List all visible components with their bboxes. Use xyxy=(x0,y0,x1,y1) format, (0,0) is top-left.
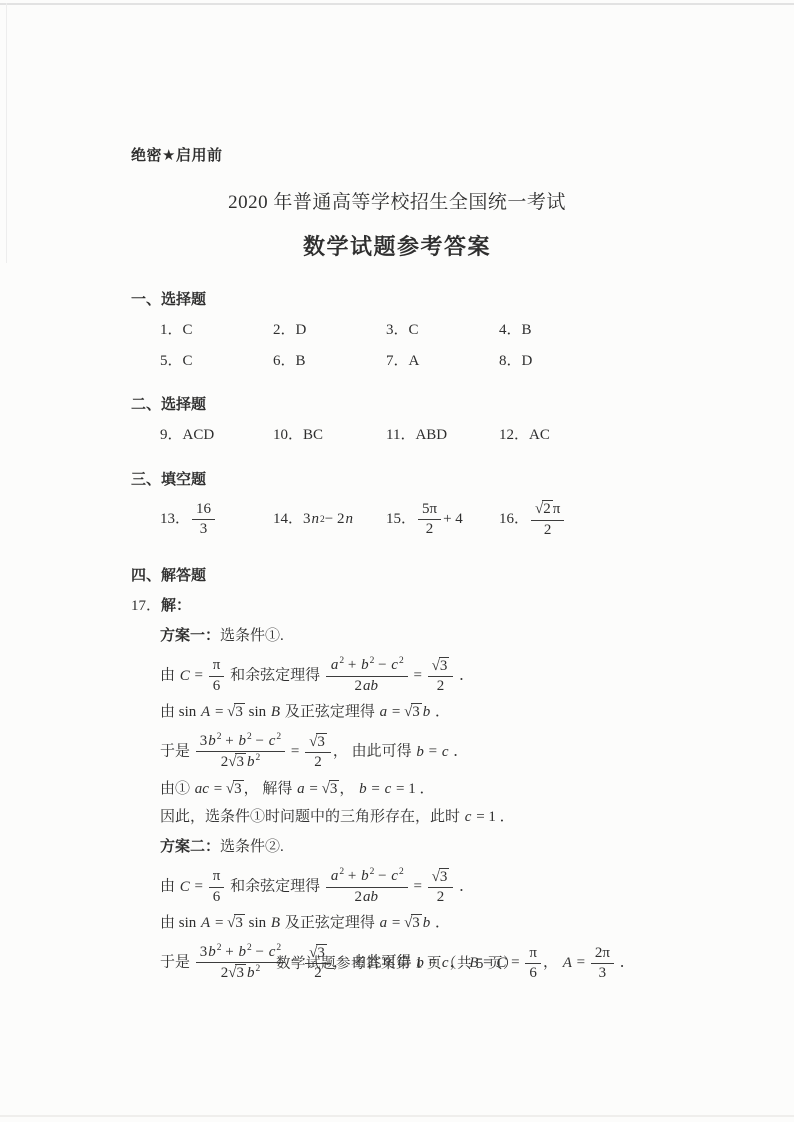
answer-q15: 15．5π2 + 4 xyxy=(386,497,499,543)
security-label: 绝密★启用前 xyxy=(131,145,663,167)
solution-line-derive-1: 于是 3b2 + b2 − c22√3b2 = √32， 由此可得 b = c … xyxy=(160,733,663,772)
choice-row-1: 1．C 2．D 3．C 4．B xyxy=(160,320,663,342)
choice-row-2: 5．C 6．B 7．A 8．D xyxy=(160,351,663,373)
exam-title: 2020 年普通高等学校招生全国统一考试 xyxy=(131,189,663,217)
answer-q11: 11．ABD xyxy=(386,425,499,447)
section-heading-choice-2: 二、选择题 xyxy=(131,394,663,416)
answer-q8: 8．D xyxy=(499,351,612,373)
section-heading-blank: 三、填空题 xyxy=(131,469,663,491)
answer-q3: 3．C xyxy=(386,320,499,342)
answer-q12: 12．AC xyxy=(499,425,612,447)
blank-row: 13．163 14．3n2 − 2n 15．5π2 + 4 16．√2π2 xyxy=(160,497,663,543)
solution-line-plan1: 方案一：选条件①. xyxy=(160,625,663,648)
answer-q2: 2．D xyxy=(273,320,386,342)
solution-line-condition-1: 由① ac = √3， 解得 a = √3， b = c = 1 ． xyxy=(160,779,663,801)
scan-edge-top xyxy=(0,3,794,5)
exam-answer-page: 绝密★启用前 2020 年普通高等学校招生全国统一考试 数学试题参考答案 一、选… xyxy=(0,0,794,1122)
solution-line-plan2: 方案二：选条件②. xyxy=(160,836,663,859)
scan-edge-bottom xyxy=(0,1115,794,1117)
section-heading-solution: 四、解答题 xyxy=(131,565,663,587)
answer-q14: 14．3n2 − 2n xyxy=(273,497,386,543)
solution-line-sine-1: 由 sin A = √3 sin B 及正弦定理得 a = √3b ． xyxy=(160,702,663,724)
solution-line-sine-2: 由 sin A = √3 sin B 及正弦定理得 a = √3b ． xyxy=(160,913,663,935)
answer-q7: 7．A xyxy=(386,351,499,373)
solution-line-cosine-2: 由 C = π6 和余弦定理得 a2 + b2 − c22ab = √32 ． xyxy=(160,868,663,907)
answer-q10: 10．BC xyxy=(273,425,386,447)
answer-q1: 1．C xyxy=(160,320,273,342)
section-heading-choice-1: 一、选择题 xyxy=(131,289,663,311)
answer-q4: 4．B xyxy=(499,320,612,342)
answer-q16: 16．√2π2 xyxy=(499,497,612,543)
solution-label: 解： xyxy=(161,597,191,614)
answer-q6: 6．B xyxy=(273,351,386,373)
scan-edge-left xyxy=(6,3,7,263)
doc-title: 数学试题参考答案 xyxy=(131,231,663,263)
answer-q13: 13．163 xyxy=(160,497,273,543)
answer-q9: 9．ACD xyxy=(160,425,273,447)
answer-q5: 5．C xyxy=(160,351,273,373)
solution-line-cosine-1: 由 C = π6 和余弦定理得 a2 + b2 − c22ab = √32 ． xyxy=(160,657,663,696)
question-17-number: 17． xyxy=(131,598,161,614)
question-17-line: 17．解： xyxy=(131,595,663,618)
page-footer: 数学试题参考答案第 1 页（共 5 页） xyxy=(0,954,794,975)
solution-line-conclusion-1: 因此，选条件①时问题中的三角形存在，此时 c = 1 ． xyxy=(160,807,663,829)
choice-row-3: 9．ACD 10．BC 11．ABD 12．AC xyxy=(160,425,663,447)
